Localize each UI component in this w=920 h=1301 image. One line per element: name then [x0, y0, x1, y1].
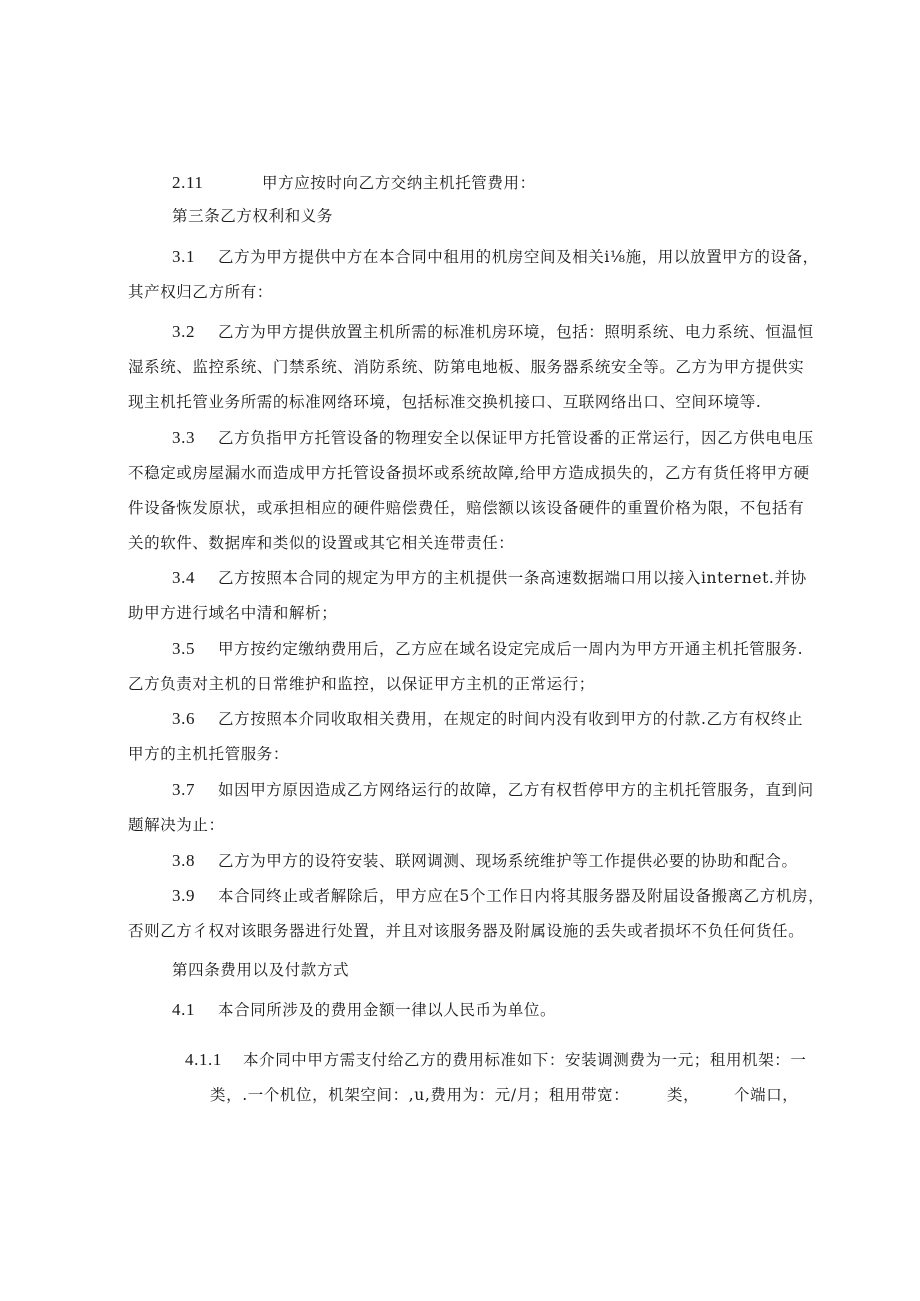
clause-text: 乙方为甲方提供中方在本合同中租用的机房空间及相关i⅛施，用以放置甲方的设备， [218, 248, 819, 266]
clause-number: 3.8 [172, 851, 218, 871]
clause-3-9-line-1: 3.9本合同终止或者解除后，甲方应在5个工作日内将其服务器及附届设备搬离乙方机房… [172, 886, 790, 906]
clause-2-11: 2.11甲方应按时向乙方交纳主机托管费用： [172, 173, 536, 193]
section-heading-article-3: 第三条乙方权利和义务 [172, 206, 333, 226]
clause-number: 2.11 [172, 173, 262, 193]
clause-text: 甲方按约定缴纳费用后，乙方应在域名设定完成后一周内为甲方开通主机托管服务. [218, 640, 803, 658]
clause-text: 乙方按照本合同的规定为甲方的主机提供一条高速数据端口用以接入internet.并… [218, 569, 807, 587]
clause-3-9-line-2: 否则乙方彳权对该眼务器进行处置，并且对该服务器及附属设施的丢失或者损坏不负任何货… [128, 921, 790, 941]
clause-3-2-line-3: 现主机托管业务所需的标准网络环境，包括标准交换机接口、互联网络出口、空间环境等. [128, 392, 761, 412]
clause-number: 4.1 [172, 1000, 218, 1020]
clause-3-7-line-1: 3.7如因甲方原因造成乙方网络运行的故障，乙方有权哲停甲方的主机托管服务，直到问 [172, 780, 790, 800]
clause-text: 本介同中甲方需支付给乙方的费用标准如下：安装调测费为一元；租用机架：一 [243, 1051, 807, 1069]
clause-number: 3.9 [172, 886, 218, 906]
clause-text: 乙方为甲方的设符安装、联网调测、现场系统维护等工作提供必要的协助和配合。 [218, 852, 798, 870]
clause-3-3-line-2: 不稳定或房屋漏水而造成甲方托管设备损坏或系统故障,给甲方造成损失的，乙方有货任将… [128, 463, 790, 483]
clause-3-2-line-1: 3.2乙方为甲方提供放置主机所需的标准机房环境，包括：照明系统、电力系统、恒温恒 [172, 322, 790, 342]
clause-3-3-line-3: 件设备恢发原状，或承担相应的硬件赔偿费任，赔偿额以该设备硬件的重置价格为限，不包… [128, 498, 790, 518]
clause-3-1-line-1: 3.1乙方为甲方提供中方在本合同中租用的机房空间及相关i⅛施，用以放置甲方的设备… [172, 247, 790, 267]
clause-4-1-1-line-1: 4.1.1本介同中甲方需支付给乙方的费用标准如下：安装调测费为一元；租用机架：一 [185, 1050, 790, 1070]
clause-3-5-line-1: 3.5甲方按约定缴纳费用后，乙方应在域名设定完成后一周内为甲方开通主机托管服务. [172, 639, 790, 659]
clause-text: 甲方应按时向乙方交纳主机托管费用： [262, 174, 536, 192]
clause-3-7-line-2: 题解决为止： [128, 815, 225, 835]
clause-4-1-1-line-2: 类，.一个机位，机架空间：,u,费用为：元/月；租用带宽： [210, 1085, 629, 1105]
clause-3-6-line-2: 甲方的主机托管服务： [128, 744, 289, 764]
clause-3-2-line-2: 湿系统、监控系统、门禁系统、消防系统、防第电地板、服务器系统安全等。乙方为甲方提… [128, 357, 790, 377]
clause-number: 3.1 [172, 247, 218, 267]
clause-4-1: 4.1本合同所涉及的费用金额一律以人民币为单位。 [172, 1000, 556, 1020]
clause-number: 3.7 [172, 780, 218, 800]
clause-number: 3.2 [172, 322, 218, 342]
clause-4-1-1-line-2-type: 类， [667, 1085, 699, 1105]
clause-number: 3.5 [172, 639, 218, 659]
document-page: 2.11甲方应按时向乙方交纳主机托管费用： 第三条乙方权利和义务 3.1乙方为甲… [0, 0, 920, 1301]
section-heading-article-4: 第四条费用以及付款方式 [172, 960, 349, 980]
clause-number: 3.6 [172, 709, 218, 729]
clause-3-3-line-4: 关的软件、数据库和类似的设置或其它相关连带责任： [128, 533, 514, 553]
clause-text: 乙方负指甲方托管设备的物理安全以保证甲方托管设番的正常运行，因乙方供电电压 [218, 429, 814, 447]
clause-number: 4.1.1 [185, 1050, 243, 1070]
clause-text: 乙方为甲方提供放置主机所需的标准机房环境，包括：照明系统、电力系统、恒温恒 [218, 323, 814, 341]
clause-text: 本合同所涉及的费用金额一律以人民币为单位。 [218, 1001, 556, 1019]
clause-3-4-line-2: 助甲方进行域名中清和解析； [128, 603, 337, 623]
clause-4-1-1-line-2-ports: 个端口， [734, 1085, 798, 1105]
clause-3-6-line-1: 3.6乙方按照本介同收取相关费用，在规定的时间内没有收到甲方的付款.乙方有权终止 [172, 709, 790, 729]
clause-text: 如因甲方原因造成乙方网络运行的故障，乙方有权哲停甲方的主机托管服务，直到问 [218, 781, 814, 799]
clause-3-1-line-2: 其产权归乙方所有： [128, 282, 273, 302]
clause-3-3-line-1: 3.3乙方负指甲方托管设备的物理安全以保证甲方托管设番的正常运行，因乙方供电电压 [172, 428, 790, 448]
clause-text: 本合同终止或者解除后，甲方应在5个工作日内将其服务器及附届设备搬离乙方机房， [218, 887, 824, 905]
clause-3-5-line-2: 乙方负责对主机的日常维护和监控，以保证甲方主机的正常运行； [128, 674, 595, 694]
clause-3-8: 3.8乙方为甲方的设符安装、联网调测、现场系统维护等工作提供必要的协助和配合。 [172, 851, 798, 871]
clause-number: 3.4 [172, 568, 218, 588]
clause-text: 乙方按照本介同收取相关费用，在规定的时间内没有收到甲方的付款.乙方有权终止 [218, 710, 803, 728]
clause-3-4-line-1: 3.4乙方按照本合同的规定为甲方的主机提供一条高速数据端口用以接入interne… [172, 568, 790, 588]
clause-number: 3.3 [172, 428, 218, 448]
